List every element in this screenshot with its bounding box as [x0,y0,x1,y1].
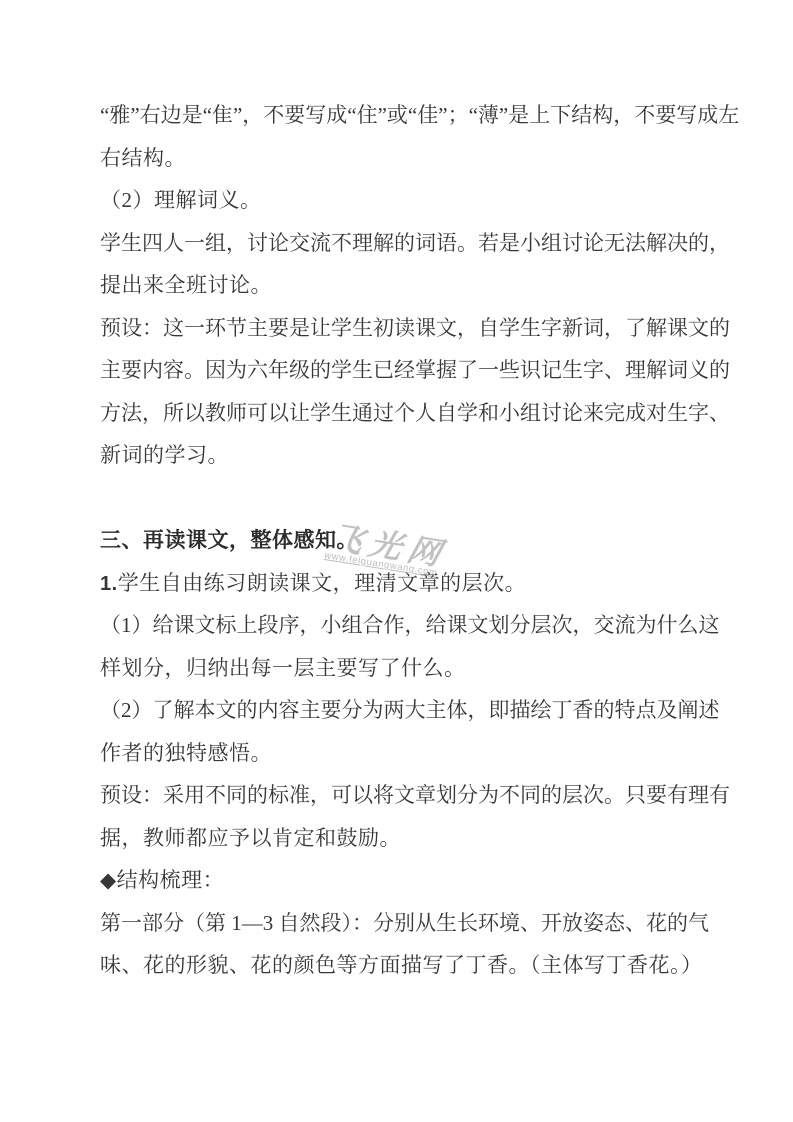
text-line: 样划分，归纳出每一层主要写了什么。 [100,647,688,690]
text-line: 据，教师都应予以肯定和鼓励。 [100,817,688,860]
text-line: （2）理解词义。 [100,179,688,222]
text-line: 右结构。 [100,137,688,180]
text-line: 预设：这一环节主要是让学生初读课文，自学生字新词，了解课文的 [100,307,688,350]
text-line: （1）给课文标上段序，小组合作，给课文划分层次，交流为什么这 [100,604,688,647]
text-line: 学生四人一组，讨论交流不理解的词语。若是小组讨论无法解决的， [100,222,688,265]
text-line: 主要内容。因为六年级的学生已经掌握了一些识记生字、理解词义的 [100,349,688,392]
blank-line [100,477,688,520]
text-column: “雅”右边是“隹”，不要写成“住”或“佳”；“薄”是上下结构，不要写成左右结构。… [100,94,688,987]
list-number: 1. [100,573,118,595]
text-line: 味、花的形貌、花的颜色等方面描写了丁香。（主体写丁香花。） [100,944,688,987]
text-line: ◆结构梳理： [100,859,688,902]
text-line: 方法，所以教师可以让学生通过个人自学和小组讨论来完成对生字、 [100,392,688,435]
document-page: 飞光网 www.feiguangwang.com “雅”右边是“隹”，不要写成“… [0,0,793,1122]
text-line: 第一部分（第 1—3 自然段）：分别从生长环境、开放姿态、花的气 [100,902,688,945]
section-heading: 三、再读课文，整体感知。 [100,519,688,562]
text-line: 新词的学习。 [100,434,688,477]
text-line: 提出来全班讨论。 [100,264,688,307]
text-line: 作者的独特感悟。 [100,732,688,775]
text-line: “雅”右边是“隹”，不要写成“住”或“佳”；“薄”是上下结构，不要写成左 [100,94,688,137]
text-line: 1.学生自由练习朗读课文，理清文章的层次。 [100,562,688,605]
text-line: （2）了解本文的内容主要分为两大主体，即描绘丁香的特点及阐述 [100,689,688,732]
text-line: 预设：采用不同的标准，可以将文章划分为不同的层次。只要有理有 [100,774,688,817]
